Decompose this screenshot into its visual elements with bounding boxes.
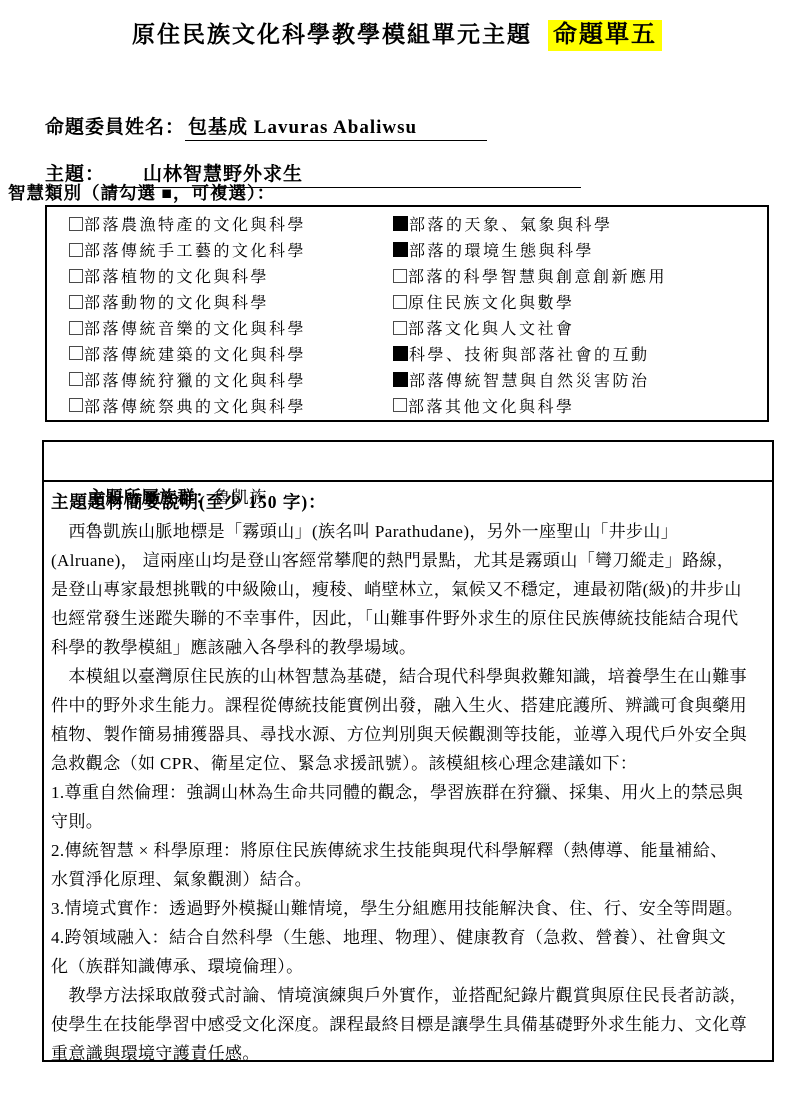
checkbox-icon[interactable] <box>69 372 83 386</box>
checkbox-icon[interactable] <box>393 398 407 412</box>
summary-heading: 主題題材簡要說明(至少 150 字)： <box>51 487 768 517</box>
checkbox-icon[interactable] <box>393 372 408 387</box>
summary-text-line: 3.情境式實作：透過野外模擬山難情境，學生分組應用技能解決食、住、行、安全等問題… <box>51 894 768 923</box>
checkbox-icon[interactable] <box>69 269 83 283</box>
checkbox-option[interactable]: 部落傳統智慧與自然災害防治 <box>393 366 667 392</box>
checkbox-option-label: 部落傳統祭典的文化與科學 <box>84 394 306 417</box>
checkbox-column-left: 部落農漁特產的文化與科學 部落傳統手工藝的文化科學 部落植物的文化與科學 部落動… <box>69 211 306 418</box>
checkbox-icon[interactable] <box>69 398 83 412</box>
page-title-row: 原住民族文化科學教學模組單元主題命題單五 <box>0 14 794 49</box>
topic-detail-box: 主題所屬族群：魯凱族 主題題材簡要說明(至少 150 字)： 西魯凱族山脈地標是… <box>42 440 774 1062</box>
checkbox-option[interactable]: 部落傳統音樂的文化與科學 <box>69 315 306 341</box>
checkbox-option-label: 部落動物的文化與科學 <box>84 290 269 313</box>
summary-text-line: 教學方法採取啟發式討論、情境演練與戶外實作，並搭配紀錄片觀賞與原住民長者訪談， <box>51 981 768 1010</box>
summary-text-line: 化（族群知識傳承、環境倫理）。 <box>51 952 768 981</box>
checkbox-option-label: 部落的天象、氣象與科學 <box>409 212 613 235</box>
summary-text-line: (Alruane)， 這兩座山均是登山客經常攀爬的熱門景點，尤其是霧頭山「彎刀縱… <box>51 546 768 575</box>
checkbox-icon[interactable] <box>393 321 407 335</box>
summary-text-line: 本模組以臺灣原住民族的山林智慧為基礎，結合現代科學與救難知識，培養學生在山難事 <box>51 662 768 691</box>
checkbox-icon[interactable] <box>69 243 83 257</box>
checkbox-option-label: 原住民族文化與數學 <box>408 290 575 313</box>
checkbox-option-label: 部落其他文化與科學 <box>408 394 575 417</box>
checkbox-option-label: 部落文化與人文社會 <box>408 316 575 339</box>
checkbox-option[interactable]: 部落文化與人文社會 <box>393 315 667 341</box>
summary-text-line: 科學的教學模組」應該融入各學科的教學場域。 <box>51 633 768 662</box>
checkbox-option[interactable]: 部落的環境生態與科學 <box>393 237 667 263</box>
checkbox-option[interactable]: 部落傳統手工藝的文化科學 <box>69 237 306 263</box>
summary-text-line: 守則。 <box>51 807 768 836</box>
summary-text-line: 4.跨領域融入：結合自然科學（生態、地理、物理）、健康教育（急救、營養）、社會與… <box>51 923 768 952</box>
summary-text-line: 是登山專家最想挑戰的中級險山，瘦稜、峭壁林立，氣候又不穩定，連最初階(級)的井步… <box>51 575 768 604</box>
checkbox-option[interactable]: 部落動物的文化與科學 <box>69 289 306 315</box>
checkbox-icon[interactable] <box>69 217 83 231</box>
checkbox-option-label: 科學、技術與部落社會的互動 <box>409 342 650 365</box>
checkbox-icon[interactable] <box>393 295 407 309</box>
summary-section: 主題題材簡要說明(至少 150 字)： 西魯凱族山脈地標是「霧頭山」(族名叫 P… <box>44 482 772 1068</box>
summary-text-line: 也經常發生迷蹤失聯的不幸事件，因此，「山難事件野外求生的原住民族傳統技能結合現代 <box>51 604 768 633</box>
checkbox-icon[interactable] <box>393 269 407 283</box>
summary-text-line: 西魯凱族山脈地標是「霧頭山」(族名叫 Parathudane)，另外一座聖山「井… <box>51 517 768 546</box>
checkbox-icon[interactable] <box>69 295 83 309</box>
checkbox-icon[interactable] <box>393 242 408 257</box>
checkbox-icon[interactable] <box>393 216 408 231</box>
checkbox-option[interactable]: 部落的科學智慧與創意創新應用 <box>393 263 667 289</box>
checkbox-icon[interactable] <box>69 321 83 335</box>
summary-text-line: 件中的野外求生能力。課程從傳統技能實例出發，融入生火、搭建庇護所、辨識可食與藥用 <box>51 691 768 720</box>
category-checkbox-box: 部落農漁特產的文化與科學 部落傳統手工藝的文化科學 部落植物的文化與科學 部落動… <box>45 205 769 422</box>
checkbox-option-label: 部落傳統音樂的文化與科學 <box>84 316 306 339</box>
checkbox-option[interactable]: 原住民族文化與數學 <box>393 289 667 315</box>
checkbox-option-label: 部落傳統狩獵的文化與科學 <box>84 368 306 391</box>
title-highlight-badge: 命題單五 <box>548 20 662 51</box>
checkbox-option-label: 部落傳統建築的文化與科學 <box>84 342 306 365</box>
summary-text-line: 重意識與環境守護責任感。 <box>51 1039 768 1068</box>
checkbox-option-label: 部落植物的文化與科學 <box>84 264 269 287</box>
checkbox-option-label: 部落傳統智慧與自然災害防治 <box>409 368 650 391</box>
checkbox-option-label: 部落傳統手工藝的文化科學 <box>84 238 306 261</box>
category-heading: 智慧類別（請勾選 ■，可複選）： <box>8 180 275 205</box>
summary-text-line: 使學生在技能學習中感受文化深度。課程最終目標是讓學生具備基礎野外求生能力、文化尊 <box>51 1010 768 1039</box>
summary-body-text: 西魯凱族山脈地標是「霧頭山」(族名叫 Parathudane)，另外一座聖山「井… <box>51 517 768 1068</box>
checkbox-column-right: 部落的天象、氣象與科學 部落的環境生態與科學 部落的科學智慧與創意創新應用 原住… <box>393 211 667 418</box>
checkbox-option[interactable]: 部落其他文化與科學 <box>393 392 667 418</box>
document-page: 原住民族文化科學教學模組單元主題命題單五 命題委員姓名：包基成 Lavuras … <box>0 0 794 1103</box>
summary-text-line: 植物、製作簡易捕獲器具、尋找水源、方位判別與天候觀測等技能，並導入現代戶外安全與 <box>51 720 768 749</box>
checkbox-option[interactable]: 科學、技術與部落社會的互動 <box>393 340 667 366</box>
committee-label: 命題委員姓名： <box>45 117 185 138</box>
summary-text-line: 水質淨化原理、氣象觀測）結合。 <box>51 865 768 894</box>
page-title: 原住民族文化科學教學模組單元主題 <box>132 22 532 47</box>
summary-text-line: 2.傳統智慧 × 科學原理：將原住民族傳統求生技能與現代科學解釋（熱傳導、能量補… <box>51 836 768 865</box>
checkbox-option-label: 部落的科學智慧與創意創新應用 <box>408 264 667 287</box>
checkbox-option[interactable]: 部落植物的文化與科學 <box>69 263 306 289</box>
checkbox-option[interactable]: 部落的天象、氣象與科學 <box>393 211 667 237</box>
checkbox-option[interactable]: 部落傳統建築的文化與科學 <box>69 340 306 366</box>
checkbox-option[interactable]: 部落農漁特產的文化與科學 <box>69 211 306 237</box>
summary-text-line: 1.尊重自然倫理：強調山林為生命共同體的觀念，學習族群在狩獵、採集、用火上的禁忌… <box>51 778 768 807</box>
checkbox-option-label: 部落的環境生態與科學 <box>409 238 594 261</box>
checkbox-option[interactable]: 部落傳統狩獵的文化與科學 <box>69 366 306 392</box>
summary-text-line: 急救觀念（如 CPR、衛星定位、緊急求援訊號）。該模組核心理念建議如下： <box>51 749 768 778</box>
checkbox-option[interactable]: 部落傳統祭典的文化與科學 <box>69 392 306 418</box>
ethnic-group-row: 主題所屬族群：魯凱族 <box>44 442 772 482</box>
checkbox-icon[interactable] <box>393 346 408 361</box>
checkbox-icon[interactable] <box>69 346 83 360</box>
checkbox-option-label: 部落農漁特產的文化與科學 <box>84 212 306 235</box>
